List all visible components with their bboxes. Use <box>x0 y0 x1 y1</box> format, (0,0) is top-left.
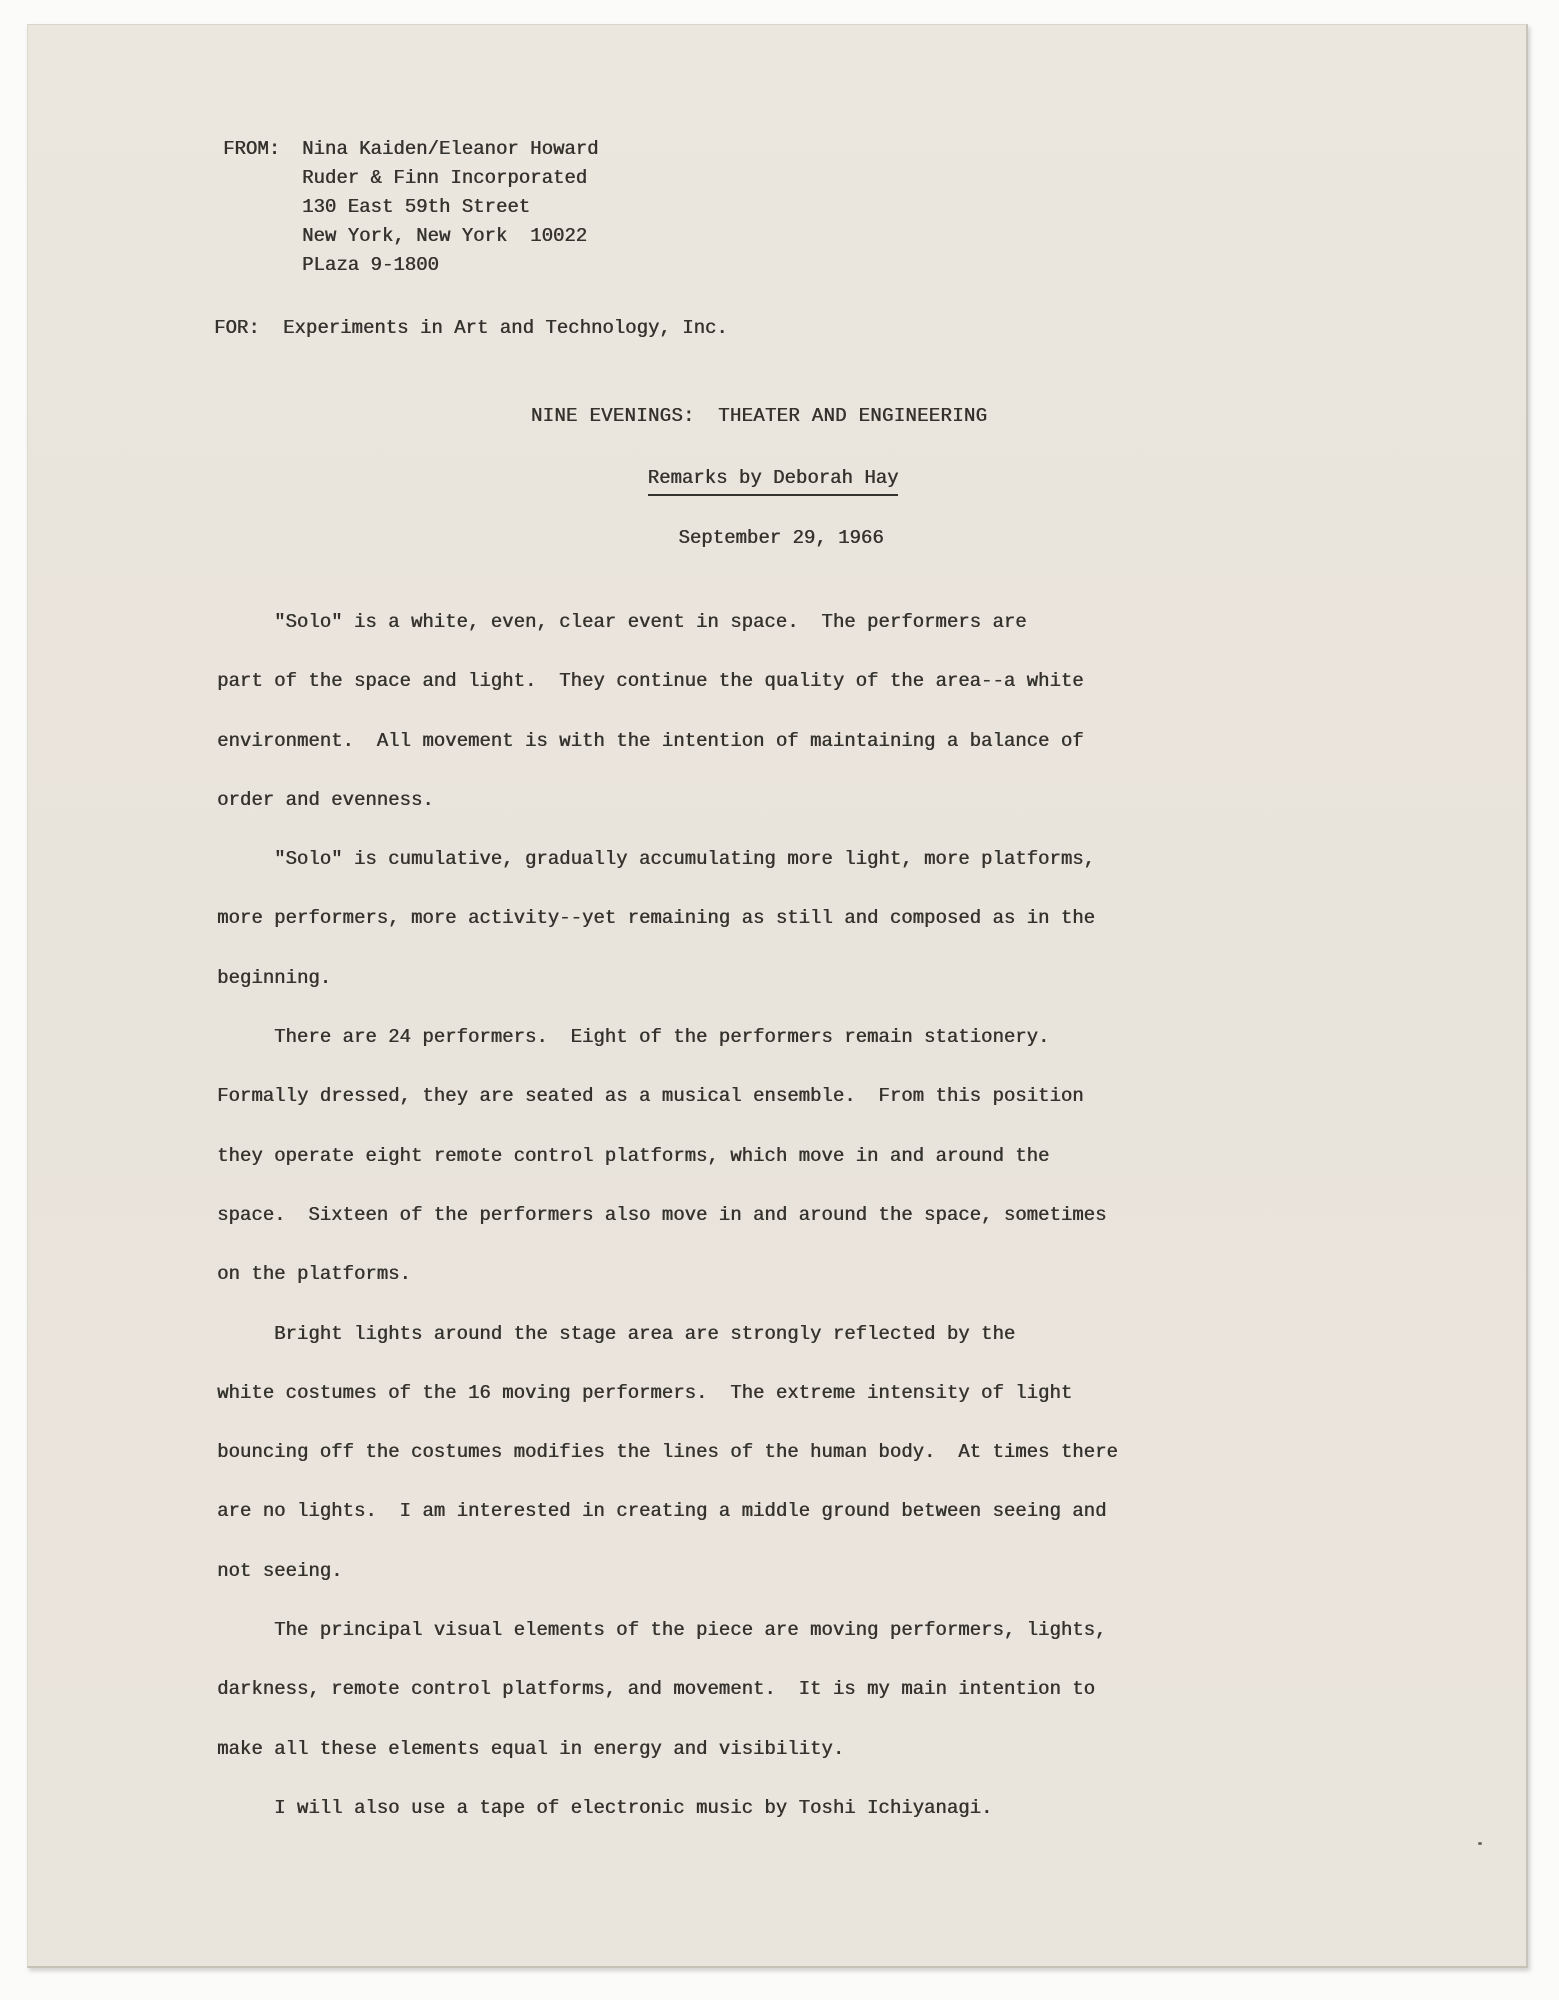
text-line: white costumes of the 16 moving performe… <box>217 1364 1467 1423</box>
text-line: are no lights. I am interested in creati… <box>217 1482 1467 1541</box>
document-subtitle-text: Remarks by Deborah Hay <box>648 464 899 496</box>
text-line: order and evenness. <box>217 771 1467 830</box>
paragraph: The principal visual elements of the pie… <box>217 1601 1467 1779</box>
paragraph: I will also use a tape of electronic mus… <box>217 1779 1467 1838</box>
from-label: FROM: <box>223 135 280 163</box>
paragraph: "Solo" is a white, even, clear event in … <box>217 593 1467 830</box>
document-page: FROM: Nina Kaiden/Eleanor HowardRuder & … <box>27 24 1528 1968</box>
document-date: September 29, 1966 <box>32 524 1530 552</box>
paragraph: "Solo" is cumulative, gradually accumula… <box>217 830 1467 1008</box>
address-line: PLaza 9-1800 <box>302 251 598 280</box>
text-line: space. Sixteen of the performers also mo… <box>217 1186 1467 1245</box>
text-line: bouncing off the costumes modifies the l… <box>217 1423 1467 1482</box>
for-value: Experiments in Art and Technology, Inc. <box>283 314 728 342</box>
text-line: not seeing. <box>217 1542 1467 1601</box>
text-line: environment. All movement is with the in… <box>217 712 1467 771</box>
text-line: Formally dressed, they are seated as a m… <box>217 1067 1467 1126</box>
document-title: NINE EVENINGS: THEATER AND ENGINEERING <box>10 402 1508 430</box>
paper-speck <box>1478 1842 1482 1845</box>
text-line: "Solo" is cumulative, gradually accumula… <box>217 830 1467 889</box>
address-line: New York, New York 10022 <box>302 222 598 251</box>
for-label: FOR: <box>214 314 260 342</box>
text-line: more performers, more activity--yet rema… <box>217 889 1467 948</box>
address-line: 130 East 59th Street <box>302 193 598 222</box>
document-body: "Solo" is a white, even, clear event in … <box>217 593 1467 1838</box>
scan-area: FROM: Nina Kaiden/Eleanor HowardRuder & … <box>0 0 1559 2000</box>
text-line: "Solo" is a white, even, clear event in … <box>217 593 1467 652</box>
text-line: Bright lights around the stage area are … <box>217 1305 1467 1364</box>
paragraph: Bright lights around the stage area are … <box>217 1305 1467 1601</box>
text-line: There are 24 performers. Eight of the pe… <box>217 1008 1467 1067</box>
text-line: beginning. <box>217 949 1467 1008</box>
text-line: I will also use a tape of electronic mus… <box>217 1779 1467 1838</box>
paragraph: There are 24 performers. Eight of the pe… <box>217 1008 1467 1304</box>
text-line: on the platforms. <box>217 1245 1467 1304</box>
from-address: Nina Kaiden/Eleanor HowardRuder & Finn I… <box>302 135 598 280</box>
text-line: they operate eight remote control platfo… <box>217 1127 1467 1186</box>
text-line: The principal visual elements of the pie… <box>217 1601 1467 1660</box>
document-subtitle: Remarks by Deborah Hay <box>24 464 1522 496</box>
address-line: Ruder & Finn Incorporated <box>302 164 598 193</box>
address-line: Nina Kaiden/Eleanor Howard <box>302 135 598 164</box>
text-line: darkness, remote control platforms, and … <box>217 1660 1467 1719</box>
text-line: part of the space and light. They contin… <box>217 652 1467 711</box>
text-line: make all these elements equal in energy … <box>217 1720 1467 1779</box>
